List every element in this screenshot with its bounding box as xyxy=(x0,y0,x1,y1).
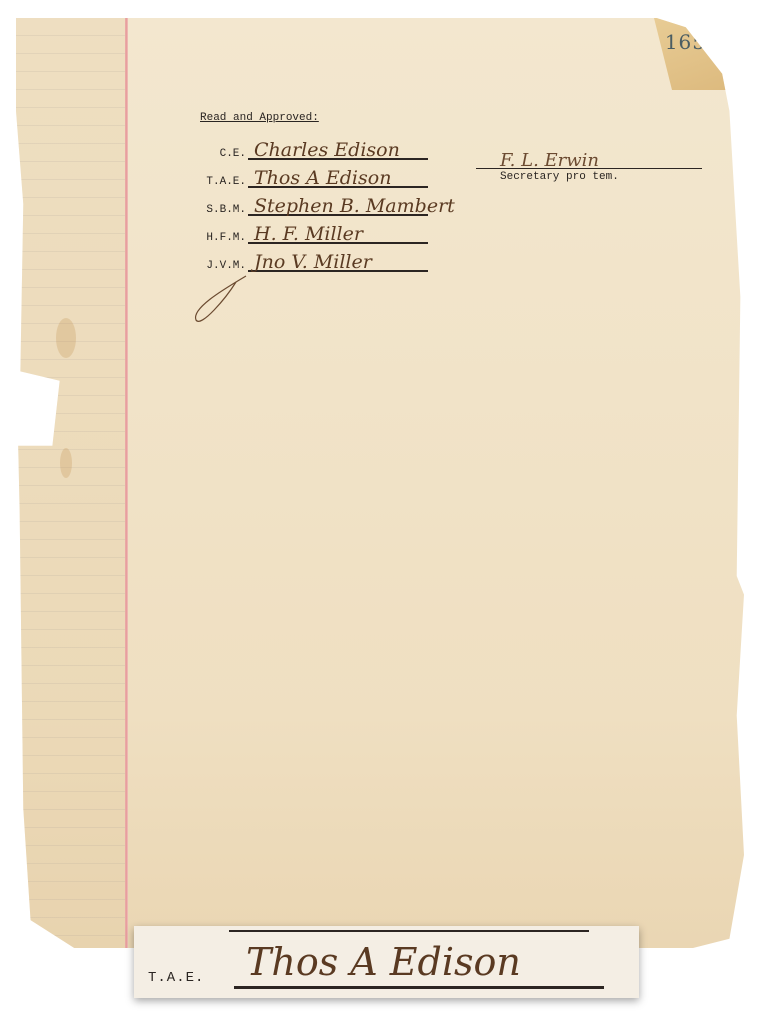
signature-flourish xyxy=(186,268,266,328)
red-margin-line xyxy=(125,18,128,948)
initials-label: S.B.M. xyxy=(200,204,246,216)
handwritten-signature: H. F. Miller xyxy=(254,223,363,245)
signature-row: T.A.E. Thos A Edison xyxy=(200,164,428,188)
secretary-signature-block: F. L. Erwin Secretary pro tem. xyxy=(476,146,702,183)
page-number: 165 xyxy=(665,30,706,54)
signature-line xyxy=(229,930,589,932)
handwritten-signature: Thos A Edison xyxy=(254,167,391,189)
signature-line: Thos A Edison xyxy=(248,164,428,188)
stain xyxy=(60,448,72,478)
secretary-caption: Secretary pro tem. xyxy=(500,171,702,183)
signature-detail-inset: T.A.E. Thos A Edison xyxy=(134,926,639,998)
initials-label: T.A.E. xyxy=(200,176,246,188)
approval-heading: Read and Approved: xyxy=(200,112,319,124)
initials-label: H.F.M. xyxy=(200,232,246,244)
handwritten-signature: Thos A Edison xyxy=(246,940,521,984)
signature-line: Jno V. Miller xyxy=(248,248,428,272)
signature-line: Stephen B. Mambert xyxy=(248,192,428,216)
initials-label: C.E. xyxy=(200,148,246,160)
handwritten-signature: F. L. Erwin xyxy=(500,150,599,171)
signature-row: H.F.M. H. F. Miller xyxy=(200,220,428,244)
document-page: 165 Read and Approved: C.E. Charles Edis… xyxy=(16,18,744,948)
signature-row: S.B.M. Stephen B. Mambert xyxy=(200,192,428,216)
handwritten-signature: Jno V. Miller xyxy=(254,251,372,273)
signature-row: C.E. Charles Edison xyxy=(200,136,428,160)
signature-line: H. F. Miller xyxy=(248,220,428,244)
initials-label: T.A.E. xyxy=(148,970,204,986)
signature-line: F. L. Erwin xyxy=(476,146,702,169)
folded-corner xyxy=(654,18,744,90)
handwritten-signature: Stephen B. Mambert xyxy=(254,195,455,217)
stain xyxy=(56,318,76,358)
handwritten-signature: Charles Edison xyxy=(254,139,400,161)
signature-line: Charles Edison xyxy=(248,136,428,160)
ruled-margin xyxy=(16,18,126,948)
signature-line xyxy=(234,986,604,989)
